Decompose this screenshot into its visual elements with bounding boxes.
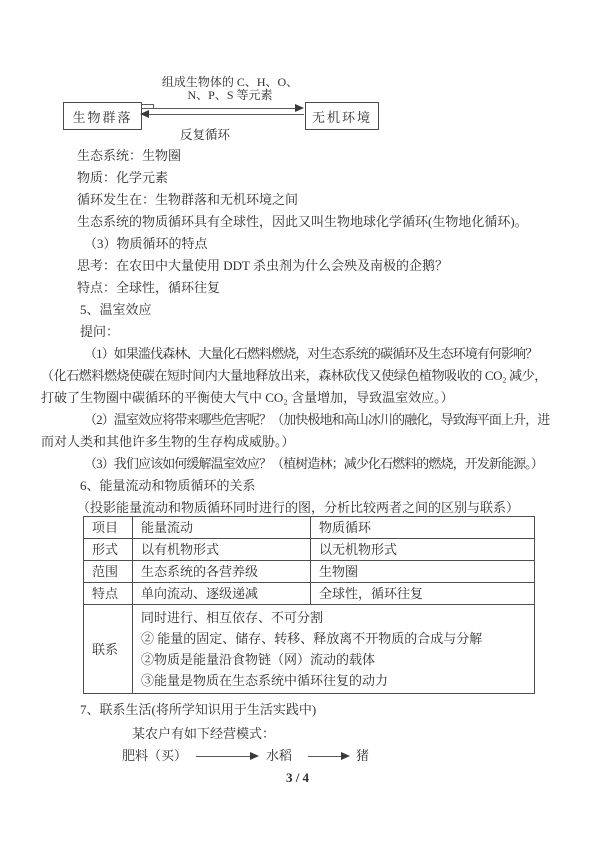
connector-stub-line [141,104,153,105]
diagram-box-label: 无机环境 [312,107,372,126]
text-line: 6、能量流动和物质循环的关系 [80,478,256,493]
table-cell: 形式 [84,539,133,561]
diagram-box-biotic-community: 生物群落 [63,102,142,130]
table-row: 范围 生态系统的各营养级 生物圈 [84,561,535,583]
relation-line: ② 能量的固定、储存、转移、释放离不开物质的合成与分解 [141,628,526,649]
comparison-table: 项目 能量流动 物质循环 形式 以有机物形式 以无机物形式 范围 生态系统的各营… [83,516,535,694]
table-cell: 项目 [84,517,133,539]
diagram-top-label-line2: N、P、S 等元素 [140,89,320,102]
text-line: （化石燃料燃烧使碳在短时间内大量地释放出来，森林砍伐又使绿色植物吸收的 CO₂ … [41,368,547,383]
relation-line: ③能量是物质在生态系统中循环往复的动力 [141,670,526,691]
table-row: 特点 单向流动、逐级递减 全球性，循环往复 [84,583,535,605]
arrow-line-leftward [149,114,304,115]
relation-line: 同时进行、相互依存、不可分割 [141,607,526,628]
text-line: 物质：化学元素 [77,170,168,185]
relation-line: ②物质是能量沿食物链（网）流动的载体 [141,649,526,670]
farm-chain-item-pig: 猪 [356,748,369,763]
arrowhead-left-icon [140,110,149,118]
text-line: （1）如果滥伐森林、大量化石燃料燃烧，对生态系统的碳循环及生态环境有何影响？ [84,346,537,361]
farm-arrow-line [308,756,342,757]
text-line: 5、温室效应 [80,302,152,317]
farm-mode-intro: 某农户有如下经营模式： [132,726,275,741]
text-line: 而对人类和其他许多生物的生存构成威胁。） [41,434,295,449]
table-cell: 生物圈 [311,561,535,583]
page-number: 3 / 4 [0,770,595,786]
arrowhead-right-icon [295,104,304,112]
text-line: 生态系统：生物圈 [77,148,181,163]
table-cell: 以有机物形式 [133,539,311,561]
farm-chain-item-rice: 水稻 [266,748,292,763]
table-cell: 范围 [84,561,133,583]
table-row: 形式 以有机物形式 以无机物形式 [84,539,535,561]
table-cell-relation: 同时进行、相互依存、不可分割 ② 能量的固定、储存、转移、释放离不开物质的合成与… [133,605,535,694]
diagram-box-label: 生物群落 [72,107,132,126]
table-row-relation: 联系 同时进行、相互依存、不可分割 ② 能量的固定、储存、转移、释放离不开物质的… [84,605,535,694]
document-page: { "diagram": { "top_label_line1": "组成生物体… [0,0,595,841]
text-line: （投影能量流动和物质循环同时进行的图，分析比较两者之间的区别与联系） [77,500,519,515]
text-line: 打破了生物圈中碳循环的平衡使大气中 CO₂ 含量增加，导致温室效应。） [41,390,454,405]
table-cell: 联系 [84,605,133,694]
text-line: （2）温室效应将带来哪些危害呢？（加快极地和高山冰川的融化，导致海平面上升，进 [84,412,549,427]
farm-chain-item-fertilizer: 肥料（买） [122,748,187,763]
text-line: 循环发生在：生物群落和无机环境之间 [77,192,298,207]
text-line: 特点：全球性，循环往复 [77,280,220,295]
farm-arrow-line [196,756,251,757]
section-7-heading: 7、联系生活(将所学知识用于生活实践中) [80,702,316,717]
text-line: 生态系统的物质循环具有全球性，因此又叫生物地球化学循环(生物地化循环)。 [77,214,528,229]
table-cell: 生态系统的各营养级 [133,561,311,583]
table-cell: 能量流动 [133,517,311,539]
text-line: （3）物质循环的特点 [84,236,208,251]
arrowhead-right-icon [341,752,350,760]
diagram-box-abiotic-environment: 无机环境 [305,102,379,130]
table-cell: 以无机物形式 [311,539,535,561]
diagram-bottom-label: 反复循环 [180,125,230,143]
arrow-line-rightward [141,108,296,109]
text-line: 提问： [80,324,119,339]
arrowhead-right-icon [250,752,259,760]
text-line: （3）我们应该如何缓解温室效应？（植树造林；减少化石燃料的燃烧，开发新能源。） [84,456,543,471]
table-cell: 全球性，循环往复 [311,583,535,605]
table-cell: 物质循环 [311,517,535,539]
table-cell: 特点 [84,583,133,605]
table-cell: 单向流动、逐级递减 [133,583,311,605]
table-row-header: 项目 能量流动 物质循环 [84,517,535,539]
text-line: 思考：在农田中大量使用 DDT 杀虫剂为什么会殃及南极的企鹅？ [77,258,448,273]
